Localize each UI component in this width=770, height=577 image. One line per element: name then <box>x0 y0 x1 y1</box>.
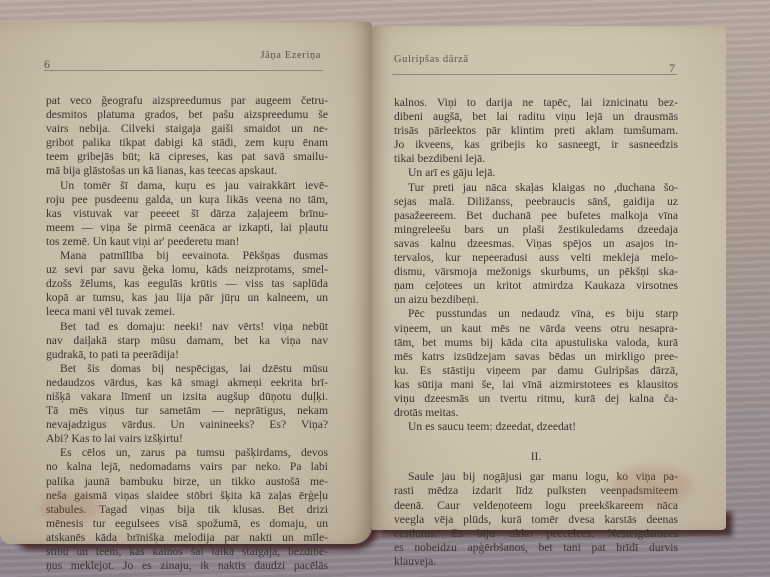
page-number: 6 <box>44 57 50 72</box>
text-line: kopā ar tumsu, kas jau lija pār jūŗu un … <box>46 291 328 305</box>
text-line: stību un teem, kas kalnos šai laikā stai… <box>46 545 328 559</box>
text-line: Un es saucu teem: dzeedat, dzeedat! <box>394 420 678 434</box>
text-line: savas kalnu dzeesmas. Viņas spējos un as… <box>394 237 678 251</box>
text-line: kas vistuvak var peeeet šī dārza zaļajee… <box>46 207 328 221</box>
text-line: Jo ikveens, kas gribejis ko sasneegt, ir… <box>394 138 678 152</box>
text-line: Mana patmīlība bij eevainota. Pēkšņas du… <box>46 249 328 263</box>
text-line: no kalna lejā, nedomadams vairs par neko… <box>46 460 328 474</box>
text-line: meem — viņa še pirmā ceenāca ar izkapti,… <box>46 221 328 235</box>
text-line: pat veco ğeografu aizspreedumus par auge… <box>46 94 328 108</box>
text-line: dzošs žēlums, kas eegulās krūtis — viss … <box>46 277 328 291</box>
section-heading: II. <box>394 450 678 464</box>
left-page: 6 Jāņa Ezeriņa pat veco ğeografu aizspre… <box>0 22 372 544</box>
text-line: drotās meitas. <box>394 406 678 420</box>
text-line: sejas malā. Diližanss, peebraucis sānš, … <box>394 195 678 209</box>
text-line: Un tomēr šī dama, kuŗu es jau vairakkārt… <box>46 179 328 193</box>
text-line: nišķā vakara līmenī un izsita augšup dūņ… <box>46 390 328 404</box>
text-line: Pēc pusstundas un nedaudz vīna, es biju … <box>394 307 678 321</box>
text-line: gudrakā, to pati ta peerādija! <box>46 348 328 362</box>
text-line: Tā mēs viņus tur sametām — neprātigus, n… <box>46 404 328 418</box>
text-line: Bet šis domas bij nespēcigas, lai dzēstu… <box>46 362 328 376</box>
text-line: desmitos platuma grados, bet pašu aizspr… <box>46 108 328 122</box>
right-page-header: Gulripšas dārzā 7 <box>392 56 677 75</box>
text-line: vairs nebija. Cilveki staigaja gaiši sma… <box>46 122 328 136</box>
text-line: tervalos, kur nepeeradusi auss velti mek… <box>394 251 678 265</box>
text-line: Es cēlos un, zarus pa tumsu pašķirdams, … <box>46 446 328 460</box>
text-line: dismu, vārsmoja mežonigs skurbums, un pē… <box>394 265 678 279</box>
text-line: un aizu bezdibeņi. <box>394 293 678 307</box>
text-line: veegla vēja plūds, kurā tomēr dvesa kars… <box>394 513 678 527</box>
running-head: Jāņa Ezeriņa <box>260 50 321 61</box>
text-line: ņus meklejot. Jo es zinaju, ik naktis da… <box>46 559 328 573</box>
text-line: dibeni augšā, bet lai raditu viņu lejā u… <box>394 110 678 124</box>
text-line: tām, bet mums bij kāda cita apustuliska … <box>394 336 678 350</box>
text-line: mēnesis tur eegulsees visā spožumā, es d… <box>46 517 328 531</box>
text-line: Tur preti jau nāca skaļas klaigas no ,du… <box>394 181 678 195</box>
text-line: pasažeereem. Bet duchanā pee bufetes mal… <box>394 209 678 223</box>
text-line: eesilums. Es biju tikko peecēlees. Neste… <box>394 527 678 541</box>
text-line: viņeem, un kaut mēs ne vārda veens otru … <box>394 322 678 336</box>
text-line: tos zemē. Un kaut viņi ar' peederetu man… <box>46 235 328 249</box>
text-line: teem gribejās būt; kā cipreses, kas pat … <box>46 150 328 164</box>
text-line: ku. Es stāstiju viņeem par damu Gulripša… <box>394 364 678 378</box>
running-head: Gulripšas dārzā <box>394 54 469 65</box>
text-line: ņam ceļotees un kritot atmirdza Kaukaza … <box>394 279 678 293</box>
text-line: nevajadzigus vārdus. Un vainineeks? Es? … <box>46 418 328 432</box>
text-line: Abi? Kas to lai vairs izšķirtu! <box>46 432 328 446</box>
text-line: Bet tad es domaju: neeki! nav vērts! viņ… <box>46 320 328 334</box>
text-line: roju pee pusdeenu galda, un kuŗa likās v… <box>46 193 328 207</box>
text-line: gribot palika tikpat dabigi kā stādi, ze… <box>46 136 328 150</box>
text-line: atskanēs kāda brīnišķa melodija par nakt… <box>46 531 328 545</box>
text-line: Un arī es gāju lejā. <box>394 166 678 180</box>
text-line: leeca mani vēl tuvak zemei. <box>46 305 328 319</box>
text-line: nedaudzos vārdus, kas kā smagi akmeņi ee… <box>46 376 328 390</box>
text-line: viņu dzeesmās un tvertu ritmu, kurā dej … <box>394 392 678 406</box>
paper-stain <box>40 492 100 522</box>
text-line: mēs katrs izsūdzejam savas bēdas un mirk… <box>394 350 678 364</box>
right-page: Gulripšas dārzā 7 kalnos. Viņi to darija… <box>372 26 726 530</box>
text-line: es nobeidzu apģērbšanos, bet tani pat br… <box>394 541 678 555</box>
left-page-header: 6 Jāņa Ezeriņa <box>44 52 323 71</box>
text-line: klauveja. <box>394 555 678 569</box>
text-line: mā bija glāstošas un kā lianas, kas teec… <box>46 164 328 178</box>
paper-stain <box>612 466 692 506</box>
page-number: 7 <box>669 61 675 76</box>
text-line: trisās pārleektos pār klintim preti akla… <box>394 124 678 138</box>
text-line: mingreleešu bars un plaši žestikuledams … <box>394 223 678 237</box>
text-line: palika jaunā bambuku birze, un tikko aus… <box>46 475 328 489</box>
text-line: nav daiļakā starp mūsu damam, bet ka viņ… <box>46 334 328 348</box>
text-line: kas sūtija mani še, lai vīnā aizmirstote… <box>394 378 678 392</box>
text-line: kalnos. Viņi to darija ne tapēc, lai izn… <box>394 96 678 110</box>
text-line: uz sevi par savu ğeka lomu, kāds neizpro… <box>46 263 328 277</box>
text-line: tikai bezdibeni lejā. <box>394 152 678 166</box>
